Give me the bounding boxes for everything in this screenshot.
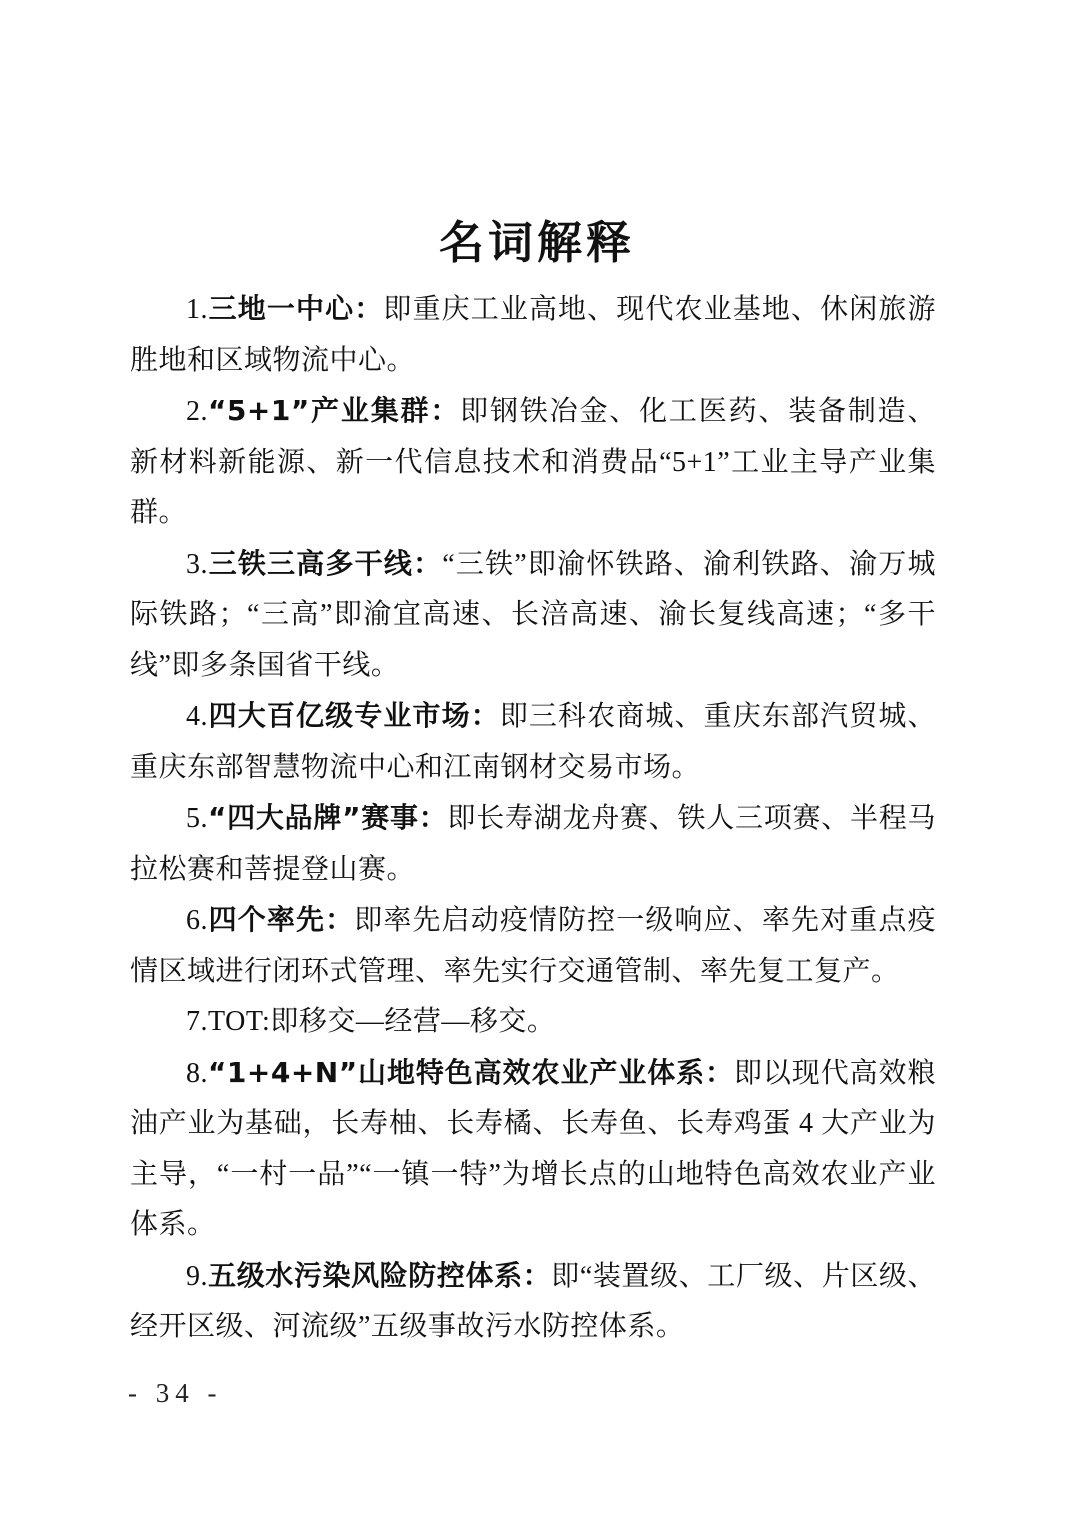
item-term: “1+4+N”山地特色高效农业产业体系： [208,1056,734,1089]
item-term: “四大品牌”赛事： [208,801,448,834]
item-number: 5. [186,803,208,834]
glossary-item-6: 6.四个率先：即率先启动疫情防控一级响应、率先对重点疫情区域进行闭环式管理、率先… [130,895,936,997]
page-number: - 34 - [128,1378,222,1409]
item-term: 三铁三高多干线： [208,547,442,580]
item-number: 8. [186,1058,208,1089]
item-term: 五级水污染风险防控体系： [208,1259,551,1292]
glossary-item-1: 1.三地一中心：即重庆工业高地、现代农业基地、休闲旅游胜地和区域物流中心。 [130,284,936,386]
page-title: 名词解释 [0,206,1074,271]
glossary-item-3: 3.三铁三高多干线：“三铁”即渝怀铁路、渝利铁路、渝万城际铁路；“三高”即渝宜高… [130,539,936,692]
item-term: TOT: [208,1006,270,1037]
item-number: 6. [186,905,208,936]
item-term: “5+1”产业集群： [208,394,460,427]
item-number: 2. [186,396,208,427]
item-number: 4. [186,701,208,732]
glossary-item-2: 2.“5+1”产业集群：即钢铁冶金、化工医药、装备制造、新材料新能源、新一代信息… [130,386,936,539]
item-number: 9. [186,1261,208,1292]
glossary-content: 1.三地一中心：即重庆工业高地、现代农业基地、休闲旅游胜地和区域物流中心。 2.… [130,284,936,1353]
glossary-item-4: 4.四大百亿级专业市场：即三科农商城、重庆东部汽贸城、重庆东部智慧物流中心和江南… [130,691,936,793]
item-number: 7. [186,1006,208,1037]
item-term: 四个率先： [208,903,354,936]
document-page: 名词解释 1.三地一中心：即重庆工业高地、现代农业基地、休闲旅游胜地和区域物流中… [0,0,1074,1520]
glossary-item-5: 5.“四大品牌”赛事：即长寿湖龙舟赛、铁人三项赛、半程马拉松赛和菩提登山赛。 [130,793,936,895]
item-number: 1. [186,294,208,325]
item-term: 四大百亿级专业市场： [208,699,500,732]
item-number: 3. [186,549,208,580]
glossary-item-9: 9.五级水污染风险防控体系：即“装置级、工厂级、片区级、经开区级、河流级”五级事… [130,1251,936,1353]
item-term: 三地一中心： [208,292,383,325]
glossary-item-8: 8.“1+4+N”山地特色高效农业产业体系：即以现代高效粮油产业为基础，长寿柚、… [130,1048,936,1251]
item-definition: 即移交—经营—移交。 [270,1006,555,1037]
glossary-item-7: 7.TOT:即移交—经营—移交。 [130,997,936,1048]
